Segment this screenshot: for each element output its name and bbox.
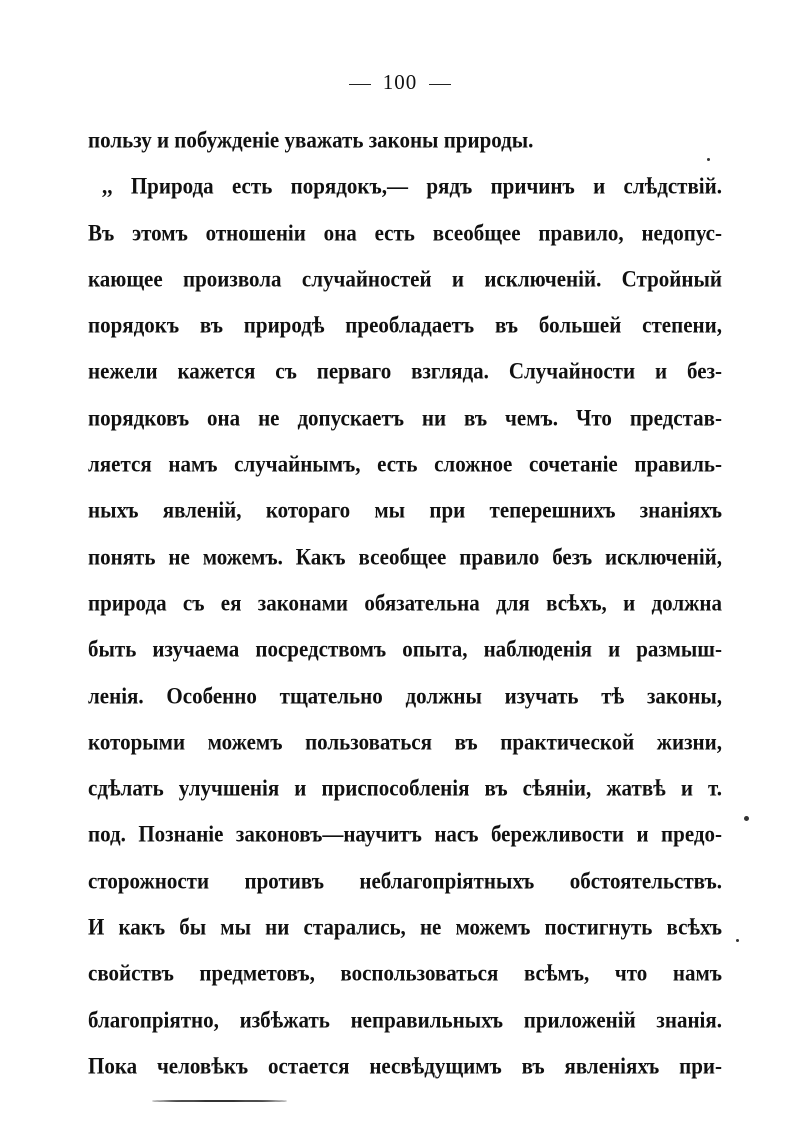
text-line: ляется намъ случайнымъ, есть сложное соч…	[88, 442, 722, 493]
text-line: сторожности противъ неблагопріятныхъ обс…	[88, 858, 722, 909]
text-line: порядокъ въ природѣ преобладаетъ въ боль…	[88, 303, 722, 354]
text-line: нежели кажется съ перваго взгляда. Случа…	[88, 349, 722, 400]
text-line: понять не можемъ. Какъ всеобщее правило …	[88, 534, 722, 585]
text-line: под. Познаніе законовъ—научитъ насъ бере…	[88, 812, 722, 863]
text-line: пользу и побужденіе уважать законы приро…	[88, 118, 722, 169]
text-line: благопріятно, избѣжать неправильныхъ при…	[88, 997, 722, 1048]
page-number: 100	[0, 70, 800, 95]
text-line: сдѣлать улучшенія и приспособленія въ сѣ…	[88, 766, 722, 817]
page-number-dash-left	[349, 84, 371, 85]
page-number-value: 100	[383, 70, 418, 94]
pencil-underline-mark	[152, 1100, 287, 1102]
text-line: Въ этомъ отношеніи она есть всеобщее пра…	[88, 210, 722, 261]
text-line: порядковъ она не допускаетъ ни въ чемъ. …	[88, 395, 722, 446]
page-number-dash-right	[429, 84, 451, 85]
text-line: ленія. Особенно тщательно должны изучать…	[88, 673, 722, 724]
text-line: кающее произвола случайностей и исключен…	[88, 257, 722, 308]
ink-speck	[707, 158, 710, 161]
text-line: ныхъ явленій, котораго мы при теперешних…	[88, 488, 722, 539]
ink-speck	[736, 939, 739, 942]
ink-speck	[744, 816, 749, 821]
body-text: пользу и побужденіе уважать законы приро…	[88, 120, 722, 1092]
text-line: ,, Природа есть порядокъ,— рядъ причинъ …	[88, 164, 722, 215]
text-line: природа съ ея законами обязательна для в…	[88, 581, 722, 632]
text-line: быть изучаема посредствомъ опыта, наблюд…	[88, 627, 722, 678]
text-line: которыми можемъ пользоваться въ практиче…	[88, 720, 722, 771]
text-line: Пока человѣкъ остается несвѣдущимъ въ яв…	[88, 1044, 722, 1095]
text-line: И какъ бы мы ни старались, не можемъ пос…	[88, 905, 722, 956]
text-line: свойствъ предметовъ, воспользоваться всѣ…	[88, 951, 722, 1002]
